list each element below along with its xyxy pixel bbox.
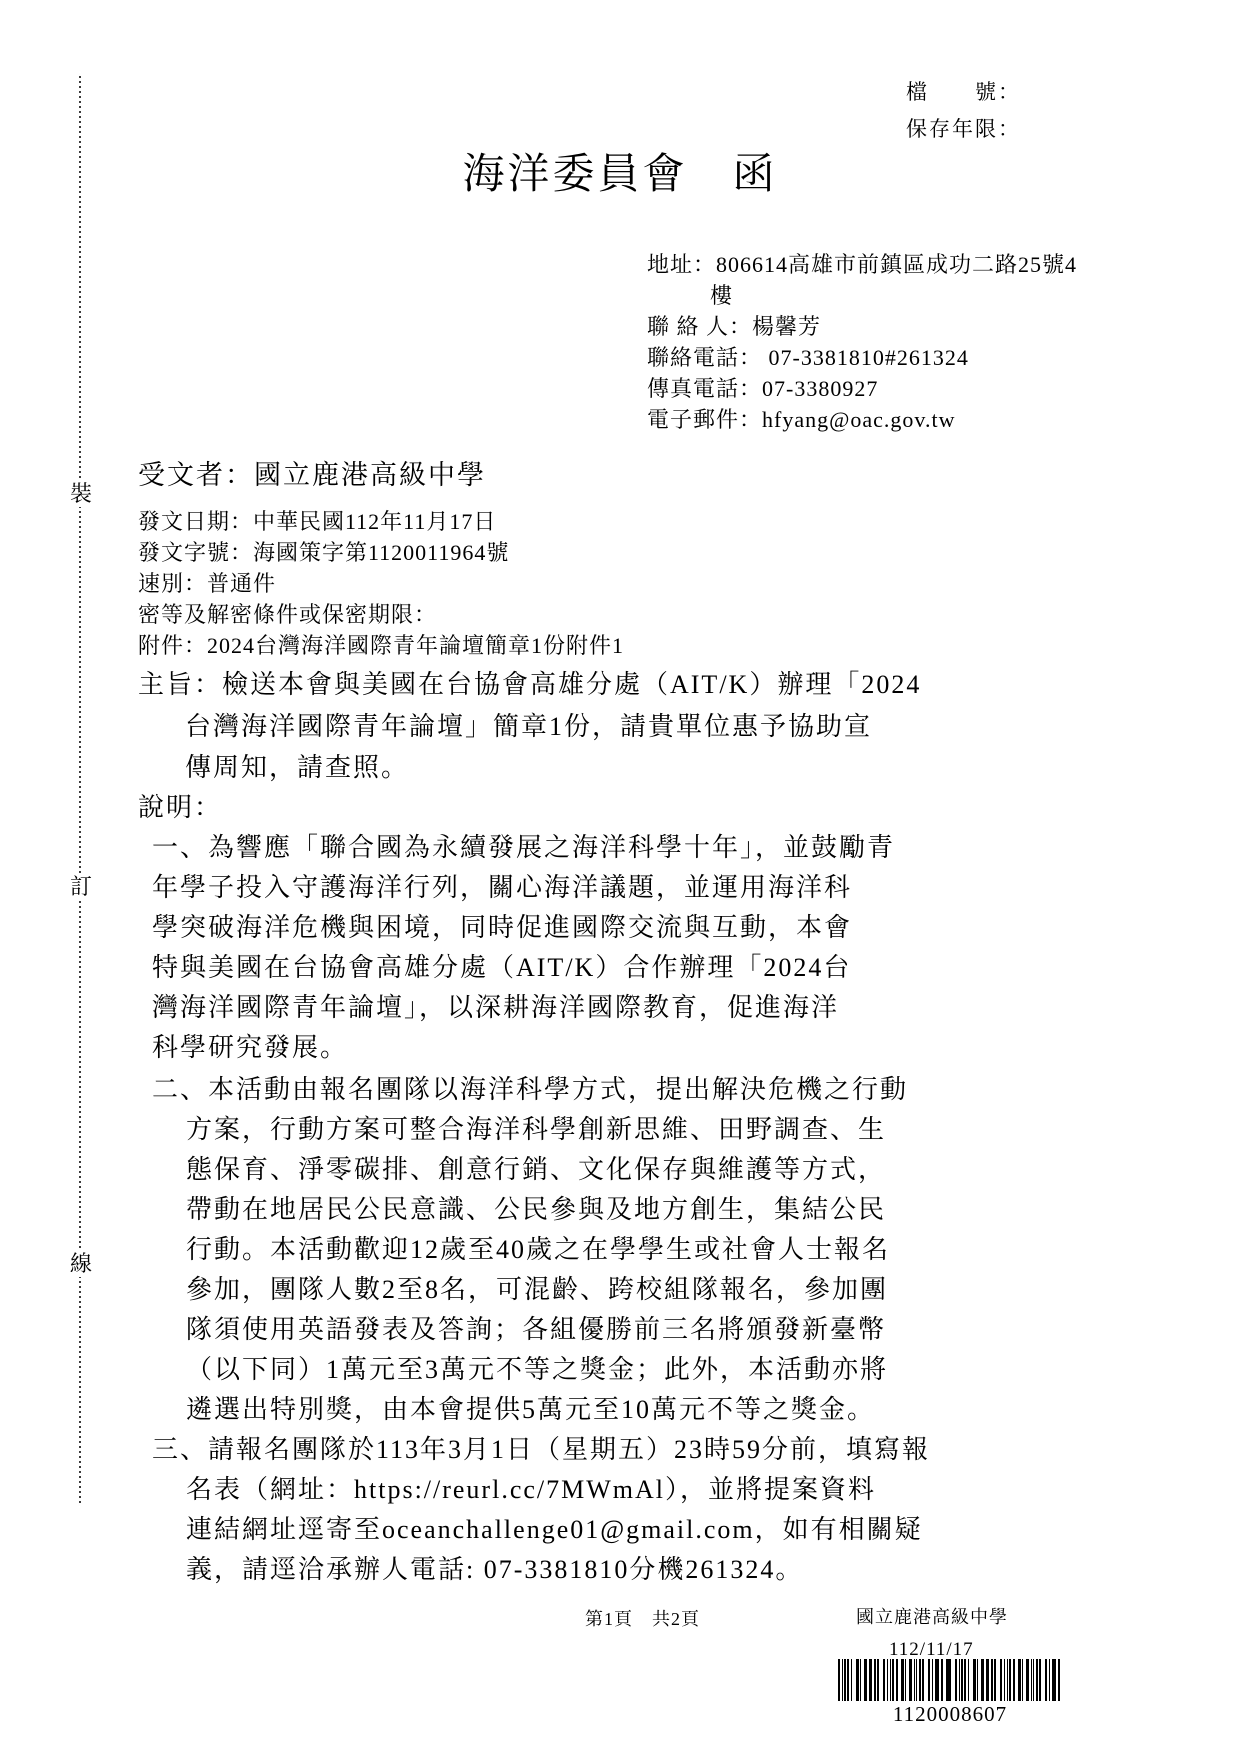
sender-address-line1: 地址：806614高雄市前鎮區成功二路25號4 <box>647 249 1077 280</box>
explanation-item2-line3: 態保育、淨零碳排、創意行銷、文化保存與維護等方式， <box>186 1149 886 1186</box>
explanation-item1-line3: 學突破海洋危機與困境，同時促進國際交流與互動，本會 <box>152 907 852 944</box>
attachment-line: 附件：2024台灣海洋國際青年論壇簡章1份附件1 <box>138 630 624 661</box>
issue-date-line: 發文日期：中華民國112年11月17日 <box>138 506 496 537</box>
explanation-item1-line2: 年學子投入守護海洋行列，關心海洋議題，並運用海洋科 <box>152 867 852 904</box>
explanation-item2-line9: 遴選出特別獎，由本會提供5萬元至10萬元不等之獎金。 <box>186 1389 875 1426</box>
explanation-item3-line1: 三、請報名團隊於113年3月1日（星期五）23時59分前，填寫報 <box>152 1429 930 1466</box>
barcode-number: 1120008607 <box>838 1702 1062 1727</box>
explanation-item1-line1: 一、為響應「聯合國為永續發展之海洋科學十年」，並鼓勵青 <box>152 827 895 864</box>
binding-mark-ding: 訂 <box>66 874 96 900</box>
barcode <box>838 1659 1062 1701</box>
binding-dotted-line <box>79 76 81 1504</box>
explanation-item2-line8: （以下同）1萬元至3萬元不等之獎金；此外，本活動亦將 <box>186 1349 888 1386</box>
explanation-item2-line6: 參加，團隊人數2至8名，可混齡、跨校組隊報名，參加團 <box>186 1269 888 1306</box>
subject-line-3: 傳周知，請查照。 <box>185 747 409 784</box>
document-title: 海洋委員會 函 <box>0 141 1240 201</box>
subject-line-2: 台灣海洋國際青年論壇」簡章1份，請貴單位惠予協助宣 <box>185 706 872 743</box>
explanation-item3-line2: 名表（網址：https://reurl.cc/7MWmAl），並將提案資料 <box>186 1469 876 1506</box>
explanation-item1-line5: 灣海洋國際青年論壇」，以深耕海洋國際教育，促進海洋 <box>152 987 839 1024</box>
explanation-item1-line4: 特與美國在台協會高雄分處（AIT/K）合作辦理「2024台 <box>152 947 851 984</box>
footer-school-name: 國立鹿港高級中學 <box>856 1603 1008 1629</box>
sender-fax: 傳真電話：07-3380927 <box>647 373 878 404</box>
file-number-label: 檔 號： <box>906 74 1021 111</box>
explanation-item2-line5: 行動。本活動歡迎12歲至40歲之在學學生或社會人士報名 <box>186 1229 890 1266</box>
binding-mark-xian: 線 <box>66 1251 96 1277</box>
footer-page-info: 第1頁 共2頁 <box>585 1605 700 1631</box>
explanation-item2-line2: 方案，行動方案可整合海洋科學創新思維、田野調查、生 <box>186 1109 886 1146</box>
explanation-item2-line1: 二、本活動由報名團隊以海洋科學方式，提出解決危機之行動 <box>152 1069 908 1106</box>
sender-contact-person: 聯 絡 人：楊馨芳 <box>647 311 821 342</box>
explanation-item3-line3: 連結網址逕寄至oceanchallenge01@gmail.com，如有相關疑 <box>186 1509 923 1546</box>
document-page: 裝 訂 線 檔 號： 保存年限： 海洋委員會 函 地址：806614高雄市前鎮區… <box>0 0 1240 1754</box>
security-line: 密等及解密條件或保密期限： <box>138 599 437 630</box>
sender-email: 電子郵件：hfyang@oac.gov.tw <box>647 404 955 435</box>
binding-mark-zhuang: 裝 <box>66 481 96 507</box>
explanation-item1-line6: 科學研究發展。 <box>152 1027 348 1064</box>
recipient-line: 受文者：國立鹿港高級中學 <box>138 453 486 492</box>
subject-line-1: 主旨：檢送本會與美國在台協會高雄分處（AIT/K）辦理「2024 <box>138 664 921 701</box>
explanation-heading: 說明： <box>138 787 222 824</box>
doc-number-line: 發文字號：海國策字第1120011964號 <box>138 537 509 568</box>
sender-phone: 聯絡電話： 07-3381810#261324 <box>647 342 969 373</box>
explanation-item2-line4: 帶動在地居民公民意識、公民參與及地方創生，集結公民 <box>186 1189 886 1226</box>
speed-line: 速別：普通件 <box>138 568 276 599</box>
sender-address-line2: 樓 <box>647 280 733 311</box>
footer-date: 112/11/17 <box>889 1639 974 1661</box>
explanation-item3-line4: 義，請逕洽承辦人電話: 07-3381810分機261324。 <box>186 1549 803 1586</box>
explanation-item2-line7: 隊須使用英語發表及答詢；各組優勝前三名將頒發新臺幣 <box>186 1309 886 1346</box>
